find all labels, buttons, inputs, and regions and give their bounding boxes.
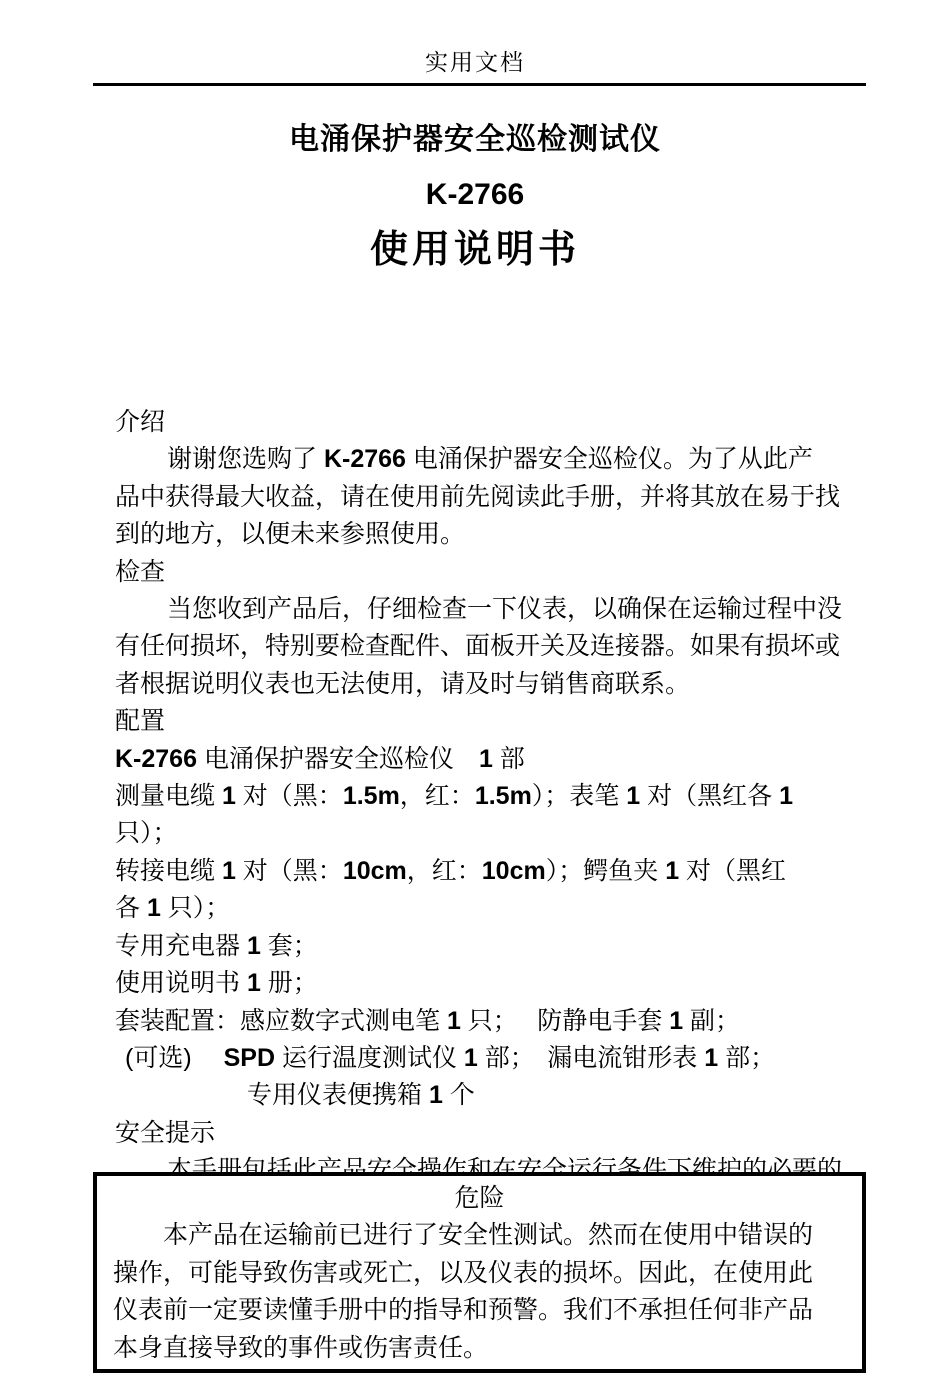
doc-model: K-2766 xyxy=(0,182,950,208)
section-heading-check: 检查 xyxy=(115,554,855,591)
config-item-adapter-cable: 转接电缆 1 对（黑：10cm，红：10cm）；鳄鱼夹 1 对（黑红各 1 只）… xyxy=(115,853,855,928)
section-heading-config: 配置 xyxy=(115,703,855,740)
config-item-charger: 专用充电器 1 套； xyxy=(115,928,855,965)
intro-paragraph: 谢谢您选购了 K-2766 电涌保护器安全巡检仪。为了从此产品中获得最大收益，请… xyxy=(115,441,855,553)
danger-box-title: 危险 xyxy=(97,1176,862,1217)
check-paragraph: 当您收到产品后，仔细检查一下仪表，以确保在运输过程中没有任何损坏，特别要检查配件… xyxy=(115,591,855,703)
section-heading-intro: 介绍 xyxy=(115,404,855,441)
config-item-main-unit: K-2766 电涌保护器安全巡检仪 1 部 xyxy=(115,741,855,778)
config-item-carry-case: 专用仪表便携箱 1 个 xyxy=(247,1077,855,1114)
config-item-measure-cable: 测量电缆 1 对（黑：1.5m，红：1.5m）；表笔 1 对（黑红各 1只）； xyxy=(115,778,855,853)
section-heading-safety: 安全提示 xyxy=(115,1115,855,1152)
config-item-kit: 套装配置：感应数字式测电笔 1 只； 防静电手套 1 副； xyxy=(115,1003,855,1040)
header-rule xyxy=(93,83,866,86)
danger-box: 危险 本产品在运输前已进行了安全性测试。然而在使用中错误的操作，可能导致伤害或死… xyxy=(93,1172,866,1373)
danger-box-paragraph: 本产品在运输前已进行了安全性测试。然而在使用中错误的操作，可能导致伤害或死亡，以… xyxy=(97,1217,862,1367)
document-body: 介绍 谢谢您选购了 K-2766 电涌保护器安全巡检仪。为了从此产品中获得最大收… xyxy=(115,404,855,1172)
safety-paragraph-clipped: 本手册包括此产品安全操作和在安全运行条件下维护的必要的 xyxy=(115,1152,855,1172)
config-item-manual: 使用说明书 1 册； xyxy=(115,965,855,1002)
doc-title: 电涌保护器安全巡检测试仪 xyxy=(0,120,950,160)
header-watermark: 实用文档 xyxy=(0,0,950,76)
config-item-optional: (可选) SPD 运行温度测试仪 1 部； 漏电流钳形表 1 部； xyxy=(125,1040,855,1077)
doc-subtitle: 使用说明书 xyxy=(0,224,950,276)
document-page: 实用文档 电涌保护器安全巡检测试仪 K-2766 使用说明书 介绍 谢谢您选购了… xyxy=(0,0,950,1378)
